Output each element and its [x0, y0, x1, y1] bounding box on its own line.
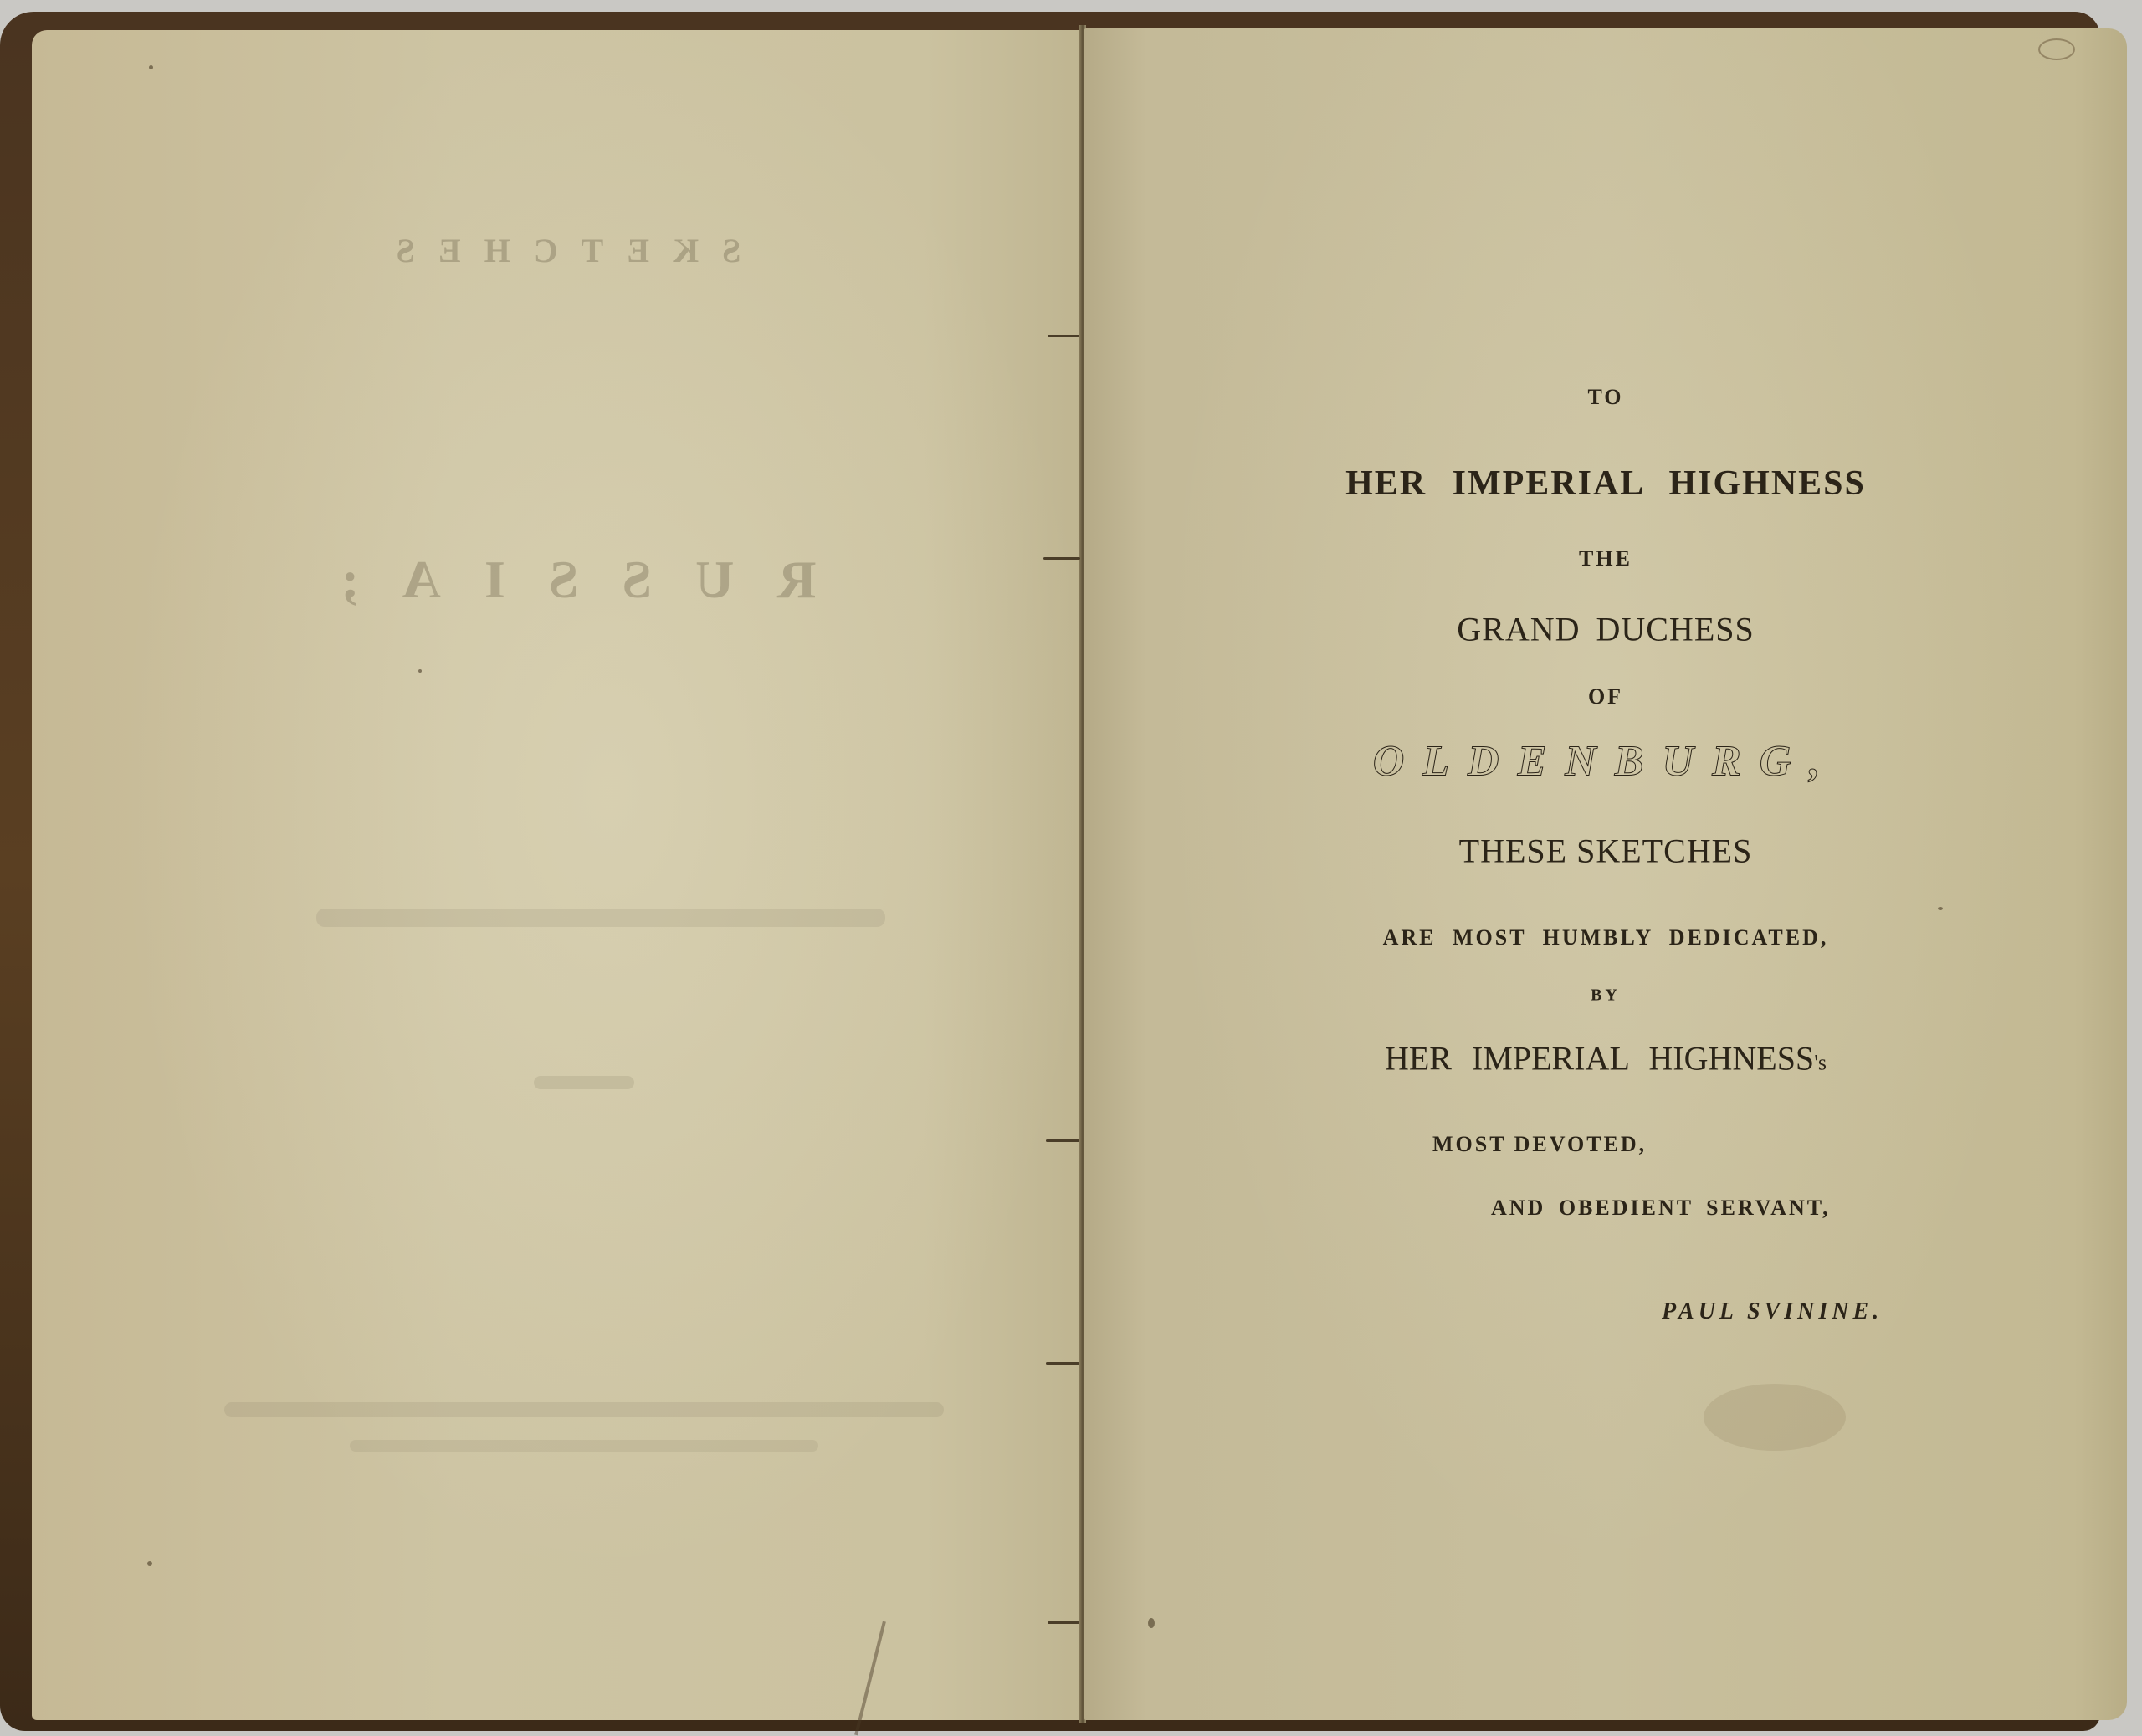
possessive-suffix: 's: [1814, 1051, 1827, 1075]
dedication-place: OLDENBURG,: [1084, 737, 2127, 786]
dedication-recipient-possessive: HER IMPERIAL HIGHNESS's: [1084, 1039, 2127, 1078]
dedication-verb: ARE MOST HUMBLY DEDICATED,: [1084, 925, 2127, 950]
left-page: SKETCHES RUSSIA;: [32, 30, 1082, 1720]
dedication-subject: THESE SKETCHES: [1084, 832, 2127, 871]
binding-stitch: [1046, 1139, 1079, 1142]
foxing-spot: [1938, 907, 1943, 910]
foxing-spot: [418, 669, 422, 673]
show-through-smudge: [224, 1402, 944, 1417]
paper-crease: [854, 1621, 886, 1736]
binding-stitch: [1043, 557, 1080, 560]
show-through-text: RUSSIA;: [32, 549, 1082, 611]
foxing-spot: [147, 1561, 152, 1566]
show-through-smudge: [534, 1076, 634, 1089]
closing-line-1: MOST DEVOTED,: [1432, 1132, 1647, 1157]
foxing-spot: [1148, 1618, 1155, 1628]
binding-stitch: [1048, 335, 1079, 337]
recipient-name: HER IMPERIAL HIGHNESS: [1385, 1040, 1814, 1078]
stain: [1704, 1384, 1846, 1451]
dedication-to: TO: [1084, 385, 2127, 410]
show-through-smudge: [316, 909, 885, 927]
signature: PAUL SVININE.: [1662, 1298, 1883, 1325]
dedication-title: GRAND DUCHESS: [1084, 610, 2127, 649]
binding-stitch: [1046, 1362, 1079, 1365]
show-through-smudge: [350, 1440, 818, 1452]
foxing-spot: [149, 65, 153, 69]
binding-stitch: [1048, 1621, 1079, 1624]
show-through-text: SKETCHES: [32, 231, 1082, 270]
dedication-by: BY: [1084, 986, 2127, 1006]
corner-wear: [2038, 38, 2075, 60]
right-page-dedication: TO HER IMPERIAL HIGHNESS THE GRAND DUCHE…: [1084, 28, 2127, 1720]
dedication-of: OF: [1084, 684, 2127, 709]
dedication-the: THE: [1084, 546, 2127, 571]
closing-line-2: AND OBEDIENT SERVANT,: [1491, 1196, 1831, 1221]
dedication-recipient: HER IMPERIAL HIGHNESS: [1084, 463, 2127, 504]
